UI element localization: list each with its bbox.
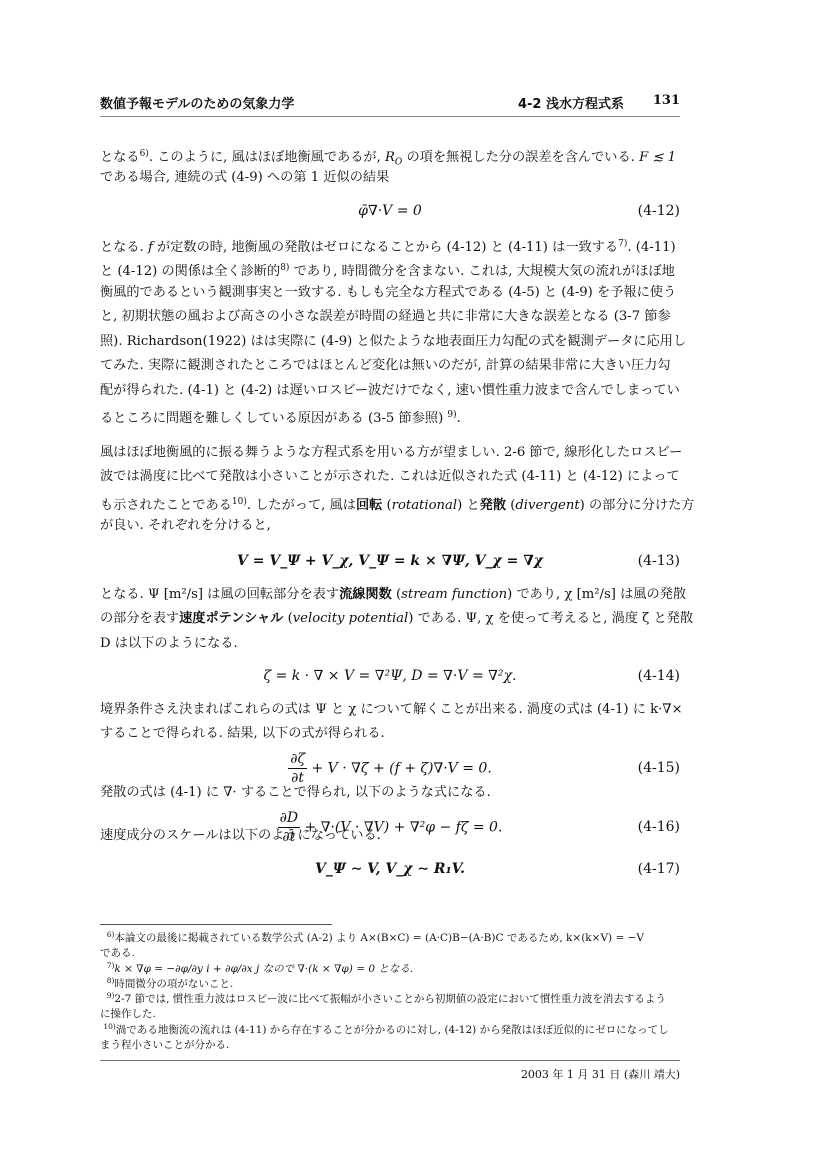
text-line: 境界条件さえ決まればこれらの式は Ψ と χ について解くことが出来る. 渦度の… — [100, 698, 680, 723]
equation-number: (4-13) — [638, 553, 680, 569]
footnote-6: 6)本論文の最後に掲載されている数学公式 (A-2) より A×(B×C) = … — [100, 927, 680, 961]
term-italic: divergent — [515, 498, 579, 513]
equation-number: (4-14) — [638, 668, 680, 684]
text-line: である場合, 連続の式 (4-9) への第 1 近似の結果 — [100, 166, 680, 191]
text: となる. — [100, 240, 148, 255]
text-line: の部分を表す速度ポテンシャル (velocity potential) である.… — [100, 607, 680, 632]
text: . したがって, 風は — [247, 498, 356, 513]
page-number: 131 — [653, 93, 680, 108]
equation-rest: + V · ∇ζ + (f + ζ)∇·V = 0. — [311, 761, 491, 777]
running-header: 数値予報モデルのための気象力学 4-2 浅水方程式系 131 — [100, 93, 680, 113]
equation-4-13: V = V_Ψ + V_χ, V_Ψ = k × ∇Ψ, V_χ = ∇χ (4… — [100, 553, 680, 579]
equation-body: ζ = k · ∇ × V = ∇²Ψ, D = ∇·V = ∇²χ. — [100, 668, 680, 684]
text: も示されたことである — [100, 498, 232, 513]
math: F ≲ 1 — [639, 150, 676, 165]
footer-date-author: 2003 年 1 月 31 日 (森川 靖大) — [521, 1066, 680, 1082]
text: であり, 時間微分を含まない. これは, 大規模大気の流れがほぼ地 — [289, 264, 674, 279]
text: の項を無視した分の誤差を含んでいる. — [402, 150, 639, 165]
text: となる. Ψ [m²/s] は風の回転部分を表す — [100, 587, 339, 602]
math: R — [385, 150, 395, 165]
text: . (4-11) — [627, 240, 675, 255]
footer-rule — [100, 1060, 680, 1061]
text: . — [457, 411, 461, 426]
term-italic: rotational — [392, 498, 457, 513]
text-line: 照). Richardson(1922) はは実際に (4-9) と似たような地… — [100, 330, 680, 355]
section-title: 4-2 浅水方程式系 — [518, 93, 624, 112]
text: である. Ψ, χ を使って考えると, 渦度 ζ と発散 — [413, 611, 693, 626]
text-line: 衡風的であるという観測事実と一致する. もしも完全な方程式である (4-5) と… — [100, 281, 680, 306]
text: の部分に分けた方 — [585, 498, 695, 513]
text-line: 風はほぼ地衡風的に振る舞うような方程式系を用いる方が望ましい. 2-6 節で, … — [100, 441, 680, 466]
term-italic: velocity potential — [293, 611, 409, 626]
equation-4-17: V_Ψ ∼ V, V_χ ∼ R₁V. (4-17) — [100, 861, 680, 887]
equation-number: (4-17) — [638, 861, 680, 877]
footnote-rule — [100, 924, 332, 925]
text: であり, χ [m²/s] は風の発散 — [512, 587, 686, 602]
equation-number: (4-15) — [638, 760, 680, 776]
term-bold: 発散 — [480, 498, 506, 513]
equation-body: V_Ψ ∼ V, V_χ ∼ R₁V. — [100, 861, 680, 877]
book-title: 数値予報モデルのための気象力学 — [100, 93, 294, 112]
header-rule — [100, 116, 680, 117]
footnote-text: 本論文の最後に掲載されている数学公式 (A-2) より A×(B×C) = (A… — [114, 932, 644, 944]
footnote-text: 2-7 節では, 慣性重力波はロスビー波に比べて振幅が小さいことから初期値の設定… — [114, 993, 666, 1005]
text-line: することで得られる. 結果, 以下の式が得られる. — [100, 722, 680, 747]
text: . このように, 風はほぼ地衡風であるが, — [149, 150, 385, 165]
footnote-9: 9)2-7 節では, 慣性重力波はロスビー波に比べて振幅が小さいことから初期値の… — [100, 988, 680, 1022]
text-line: てみた. 実際に観測されたところではほとんど変化は無いのだが, 計算の結果非常に… — [100, 354, 680, 379]
footnote-mark: 10) — [103, 1022, 115, 1031]
text-line: 波では渦度に比べて発散は小さいことが示された. これは近似された式 (4-11)… — [100, 465, 680, 490]
text-line: 発散の式は (4-1) に ∇· することで得られ, 以下のような式になる. — [100, 781, 680, 806]
footnote-10: 10)渦である地衡流の流れは (4-11) から存在することが分かるのに対し, … — [100, 1019, 680, 1053]
footnote-text: 渦である地衡流の流れは (4-11) から存在することが分かるのに対し, (4-… — [116, 1024, 669, 1036]
footnote-text: まう程小さいことが分かる. — [100, 1039, 229, 1051]
text-line: 速度成分のスケールは以下のようになっている. — [100, 824, 680, 849]
text-line: D は以下のようになる. — [100, 632, 680, 657]
term-italic: stream function — [401, 587, 507, 602]
term-bold: 回転 — [356, 498, 382, 513]
equation-4-12: φ̄∇·V = 0 (4-12) — [100, 203, 680, 229]
footnote-ref[interactable]: 6) — [140, 149, 149, 159]
text-line: と, 初期状態の風および高さの小さな誤差が時間の経過と共に非常に大きな誤差となる… — [100, 305, 680, 330]
text: の部分を表す — [100, 611, 179, 626]
equation-body: φ̄∇·V = 0 — [100, 203, 680, 219]
text-line: るところに問題を難しくしている原因がある (3-5 節参照) 9). — [100, 403, 680, 432]
text-line: が良い. それぞれを分けると, — [100, 514, 680, 539]
text: と (4-12) の関係は全く診断的 — [100, 264, 280, 279]
text-line: となる. Ψ [m²/s] は風の回転部分を表す流線関数 (stream fun… — [100, 583, 680, 608]
footnote-ref[interactable]: 7) — [618, 239, 627, 249]
term-bold: 速度ポテンシャル — [179, 611, 283, 626]
equation-number: (4-12) — [638, 203, 680, 219]
term-bold: 流線関数 — [339, 587, 392, 602]
text: るところに問題を難しくしている原因がある (3-5 節参照) — [100, 411, 447, 426]
text-line: 配が得られた. (4-1) と (4-2) は遅いロスビー波だけでなく, 速い慣… — [100, 379, 680, 404]
equation-body: V = V_Ψ + V_χ, V_Ψ = k × ∇Ψ, V_χ = ∇χ — [100, 553, 680, 569]
text: が定数の時, 地衡風の発散はゼロになることから (4-12) と (4-11) … — [153, 240, 618, 255]
equation-4-14: ζ = k · ∇ × V = ∇²Ψ, D = ∇·V = ∇²χ. (4-1… — [100, 668, 680, 694]
footnote-ref[interactable]: 9) — [447, 410, 456, 420]
text: となる — [100, 150, 140, 165]
footnote-ref[interactable]: 10) — [232, 497, 247, 507]
text: と — [462, 498, 479, 513]
numerator: ∂ζ — [288, 750, 307, 769]
